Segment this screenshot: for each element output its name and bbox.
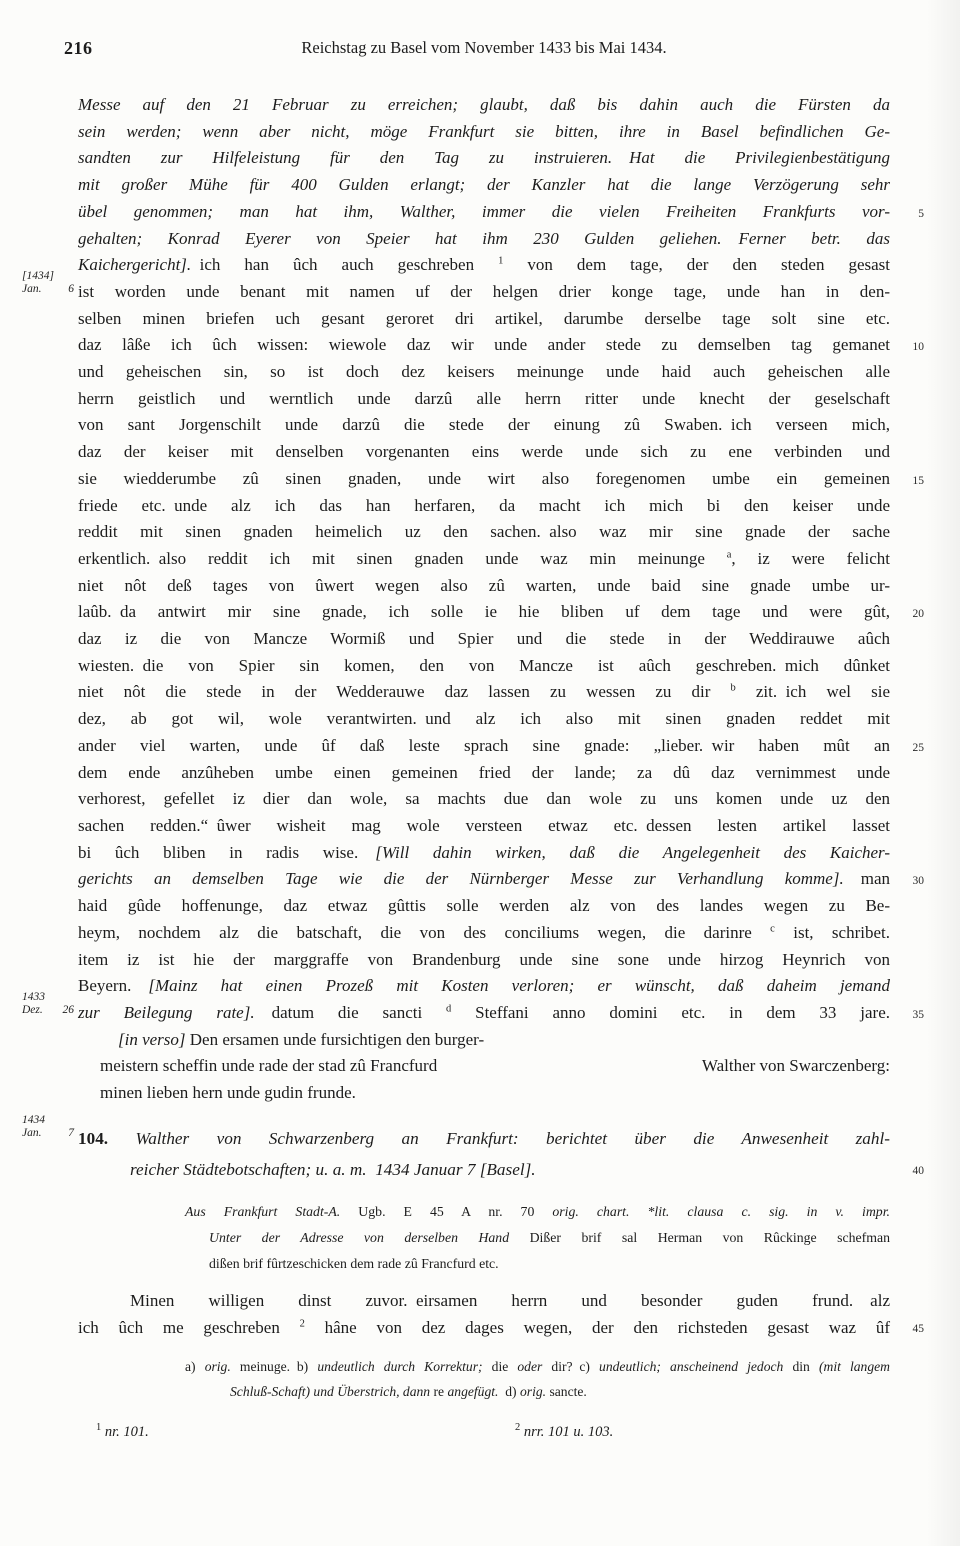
text-line: niet nôt deß tages von ûwert wegen also …	[78, 573, 890, 600]
text-line: reddit mit sinen gnaden heimelich uz den…	[78, 519, 890, 546]
text-line: verhorest, gefellet iz dier dan wole, sa…	[78, 786, 890, 813]
text-line: niet nôt die stede in der Wedderauwe daz…	[78, 679, 890, 706]
text-line: daz lâße ich ûch wissen: wiewole daz wir…	[78, 332, 890, 359]
text-segment: oder	[517, 1359, 542, 1374]
text-segment: herrn geistlich und werntlich unde darzû…	[78, 389, 890, 408]
page-header: 216 Reichstag zu Basel vom November 1433…	[78, 38, 890, 62]
text-segment: din	[783, 1359, 819, 1374]
text-segment: niet nôt deß tages von ûwert wegen also …	[78, 576, 890, 595]
text-segment: ich ûch me geschreben	[78, 1318, 300, 1337]
text-segment: re	[430, 1384, 447, 1399]
variant-note-line: a) orig. meinuge. b) undeutlich durch Ko…	[185, 1354, 890, 1379]
line-number: 45	[913, 1316, 925, 1343]
text-segment: undeutlich; anscheinend jedoch	[599, 1359, 783, 1374]
text-segment: nr. 101.	[105, 1424, 149, 1440]
text-line: gerichts an demselben Tage wie die der N…	[78, 866, 890, 893]
text-segment: daz iz die von Mancze Wormiß und Spier u…	[78, 629, 890, 648]
text-segment: ich han ûch auch geschreben	[200, 255, 498, 274]
text-line: herrn geistlich und werntlich unde darzû…	[78, 386, 890, 413]
text-segment: die	[483, 1359, 518, 1374]
variant-note-line: Schluß-Schaft) und Überstrich, dann re a…	[185, 1379, 890, 1404]
text-segment: Unter der Adresse von derselben Hand	[209, 1230, 530, 1245]
text-segment: Steffani anno domini etc. in dem 33 jare…	[451, 1003, 890, 1022]
text-segment: 104.	[78, 1129, 135, 1148]
line-number: 30	[913, 868, 925, 895]
text-segment: orig. chart. *lit. clausa c. sig. in v. …	[552, 1204, 890, 1219]
entry-104-heading: 1434Jan. 7104. Walther von Schwarzenberg…	[78, 1123, 890, 1185]
text-segment: Schluß-Schaft) und Überstrich, dann	[230, 1384, 430, 1399]
text-segment: wiesten. die von Spier sin komen, den vo…	[78, 656, 890, 675]
source-note-line: dißen brif fûrtzeschicken dem rade zû Fr…	[185, 1251, 890, 1277]
text-segment: von dem tage, der den steden gesast	[503, 255, 890, 274]
text-segment: meistern scheffin unde rade der stad zû …	[100, 1056, 437, 1075]
text-segment: d)	[498, 1384, 520, 1399]
source-note-line: Aus Frankfurt Stadt-A. Ugb. E 45 A nr. 7…	[185, 1199, 890, 1225]
line-number: 5	[918, 201, 924, 228]
footnote-block: 1 nr. 101.2 nrr. 101 u. 103.	[78, 1421, 890, 1451]
entry-104-source-note: Aus Frankfurt Stadt-A. Ugb. E 45 A nr. 7…	[185, 1199, 890, 1277]
text-segment: [in verso]	[118, 1030, 190, 1049]
text-line: erkentlich. also reddit ich mit sinen gn…	[78, 546, 890, 573]
text-line: und geheischen sin, so ist doch dez keis…	[78, 359, 890, 386]
line-number: 15	[913, 468, 925, 495]
text-segment: , iz were felicht	[731, 549, 890, 568]
text-segment: Walther von Schwarzenberg an Frankfurt: …	[135, 1129, 890, 1148]
text-segment: gehalten; Konrad Eyerer von Speier hat i…	[78, 229, 890, 248]
text-segment: a)	[185, 1359, 205, 1374]
text-segment: sandten zur Hilfeleistung für den Tag zu…	[78, 148, 890, 167]
text-segment: niet nôt die stede in der Wedderauwe daz…	[78, 682, 730, 701]
letter-address-block: [in verso] Den ersamen unde fursichtigen…	[78, 1027, 890, 1107]
margin-date-note: 1434Jan. 7	[22, 1114, 74, 1141]
entry-104-body: Minen willigen dinst zuvor. eirsamen her…	[78, 1287, 890, 1341]
text-segment: Dißer brif sal Herman von Rûckinge schef…	[530, 1230, 890, 1245]
text-segment: erkentlich. also reddit ich mit sinen gn…	[78, 549, 727, 568]
margin-date-note: [1434]Jan. 6	[22, 270, 74, 297]
text-line: ich ûch me geschreben 2 hâne von dez dag…	[78, 1314, 890, 1341]
line-number: 35	[913, 1002, 925, 1029]
text-segment: orig.	[520, 1384, 546, 1399]
text-segment: sein werden; wenn aber nicht, möge Frank…	[78, 122, 890, 141]
text-line: mit großer Mühe für 400 Gulden erlangt; …	[78, 172, 890, 199]
text-line: von sant Jorgenschilt unde darzû die ste…	[78, 412, 890, 439]
text-segment: [Will dahin wirken, daß die Angelegenhei…	[375, 843, 890, 862]
text-segment: [Mainz hat einen Prozeß mit Kosten verlo…	[148, 976, 890, 995]
text-segment: hâne von dez dages wegen, der den richst…	[305, 1318, 890, 1337]
heading-line: reicher Städtebotschaften; u. a. m. 1434…	[78, 1154, 890, 1185]
text-line: heym, nochdem alz die batschaft, die von…	[78, 920, 890, 947]
text-line: sein werden; wenn aber nicht, möge Frank…	[78, 119, 890, 146]
text-line: gehalten; Konrad Eyerer von Speier hat i…	[78, 226, 890, 253]
text-line: dem ende anzûheben umbe einen gemeinen f…	[78, 760, 890, 787]
text-line: dez, ab got wil, wole verantwirten. und …	[78, 706, 890, 733]
text-line: selben minen briefen uch gesant geroret …	[78, 306, 890, 333]
text-segment: (mit langem	[819, 1359, 890, 1374]
text-segment: dem ende anzûheben umbe einen gemeinen f…	[78, 763, 890, 782]
line-number: 10	[913, 334, 925, 361]
text-segment: Minen willigen dinst zuvor. eirsamen her…	[130, 1291, 890, 1310]
text-segment: laûb. da antwirt mir sine gnade, ich sol…	[78, 602, 890, 621]
text-segment: daz lâße ich ûch wissen: wiewole daz wir…	[78, 335, 890, 354]
text-segment: gerichts an demselben Tage wie die der N…	[78, 869, 844, 888]
text-line: sachen redden.“ ûwer wisheit mag wole ve…	[78, 813, 890, 840]
text-line: [1434]Jan. 6ist worden unde benant mit n…	[78, 279, 890, 306]
text-line: wiesten. die von Spier sin komen, den vo…	[78, 653, 890, 680]
text-line: bi ûch bliben in radis wise. [Will dahin…	[78, 840, 890, 867]
text-segment: ist worden unde benant mit namen uf der …	[78, 282, 890, 301]
footnote-line: 2 nrr. 101 u. 103.	[515, 1421, 613, 1443]
page-number: 216	[64, 38, 93, 59]
variant-notes: a) orig. meinuge. b) undeutlich durch Ko…	[185, 1354, 890, 1404]
text-segment: friede etc. unde alz ich das han herfare…	[78, 496, 890, 515]
text-segment: reddit mit sinen gnaden heimelich uz den…	[78, 522, 890, 541]
margin-date-note: 1433Dez. 26	[22, 991, 74, 1018]
text-line: sandten zur Hilfeleistung für den Tag zu…	[78, 145, 890, 172]
text-segment: ist, schribet.	[775, 923, 890, 942]
text-line: haid gûde hoffenunge, daz etwaz gûttis s…	[78, 893, 890, 920]
text-segment: sancte.	[546, 1384, 587, 1399]
text-segment: dir? c)	[542, 1359, 599, 1374]
text-segment: ander viel warten, unde ûf daß leste spr…	[78, 736, 890, 755]
text-segment: daz der keiser mit denselben vorgenanten…	[78, 442, 890, 461]
text-segment: dißen brif fûrtzeschicken dem rade zû Fr…	[209, 1256, 499, 1271]
text-line: item iz ist hie der marggraffe von Brand…	[78, 947, 890, 974]
text-segment: haid gûde hoffenunge, daz etwaz gûttis s…	[78, 896, 890, 915]
scanned-book-page: 216 Reichstag zu Basel vom November 1433…	[0, 0, 960, 1546]
heading-line: 1434Jan. 7104. Walther von Schwarzenberg…	[78, 1123, 890, 1154]
text-segment: minen lieben hern unde gudin frunde.	[100, 1083, 356, 1102]
text-segment: undeutlich durch Korrektur;	[317, 1359, 482, 1374]
letter-103-continuation: Messe auf den 21 Februar zu erreichen; g…	[78, 92, 890, 1027]
source-note-line: Unter der Adresse von derselben Hand Diß…	[185, 1225, 890, 1251]
text-line: Kaichergericht]. ich han ûch auch geschr…	[78, 252, 890, 279]
text-segment: angefügt.	[447, 1384, 498, 1399]
text-line: Messe auf den 21 Februar zu erreichen; g…	[78, 92, 890, 119]
text-segment: heym, nochdem alz die batschaft, die von…	[78, 923, 770, 942]
text-segment: nrr. 101 u. 103.	[524, 1424, 613, 1440]
footnote-line: 1 nr. 101.	[96, 1421, 149, 1443]
text-segment: dez, ab got wil, wole verantwirten. und …	[78, 709, 890, 728]
text-segment: übel genommen; man hat ihm, Walther, imm…	[78, 202, 890, 221]
text-segment: datum die sancti	[272, 1003, 446, 1022]
text-line: sie wiedderumbe zû sinen gnaden, unde wi…	[78, 466, 890, 493]
text-segment: zur Beilegung rate].	[78, 1003, 272, 1022]
text-segment: item iz ist hie der marggraffe von Brand…	[78, 950, 890, 969]
text-segment: Beyern.	[78, 976, 148, 995]
text-line: übel genommen; man hat ihm, Walther, imm…	[78, 199, 890, 226]
text-line: daz iz die von Mancze Wormiß und Spier u…	[78, 626, 890, 653]
text-block: Messe auf den 21 Februar zu erreichen; g…	[78, 92, 890, 1451]
text-segment: und geheischen sin, so ist doch dez keis…	[78, 362, 890, 381]
text-segment: Aus Frankfurt Stadt-A.	[185, 1204, 340, 1219]
text-segment: sachen redden.“ ûwer wisheit mag wole ve…	[78, 816, 890, 835]
text-line: 1433Dez. 26zur Beilegung rate]. datum di…	[78, 1000, 890, 1027]
text-segment: Ugb. E 45 A nr. 70	[340, 1204, 552, 1219]
text-segment: man	[844, 869, 890, 888]
running-title: Reichstag zu Basel vom November 1433 bis…	[78, 38, 890, 58]
text-segment: selben minen briefen uch gesant geroret …	[78, 309, 890, 328]
text-line: ander viel warten, unde ûf daß leste spr…	[78, 733, 890, 760]
text-line: daz der keiser mit denselben vorgenanten…	[78, 439, 890, 466]
text-segment: orig.	[205, 1359, 231, 1374]
line-number: 40	[913, 1156, 925, 1187]
text-line: friede etc. unde alz ich das han herfare…	[78, 493, 890, 520]
text-line: Minen willigen dinst zuvor. eirsamen her…	[78, 1287, 890, 1314]
text-segment: meinuge. b)	[231, 1359, 318, 1374]
text-segment: bi ûch bliben in radis wise.	[78, 843, 375, 862]
text-segment: Kaichergericht].	[78, 255, 200, 274]
line-number: 20	[913, 601, 925, 628]
text-segment: Den ersamen unde fursichtigen den burger…	[190, 1030, 484, 1049]
text-segment: mit großer Mühe für 400 Gulden erlangt; …	[78, 175, 890, 194]
address-line: minen lieben hern unde gudin frunde.	[78, 1080, 890, 1107]
text-line: Beyern. [Mainz hat einen Prozeß mit Kost…	[78, 973, 890, 1000]
text-segment: zit. ich wel sie	[736, 682, 890, 701]
line-number: 25	[913, 735, 925, 762]
text-segment: reicher Städtebotschaften; u. a. m. 1434…	[130, 1160, 536, 1179]
sender-signature: Walther von Swarczenberg:	[702, 1053, 890, 1080]
text-segment: sie wiedderumbe zû sinen gnaden, unde wi…	[78, 469, 890, 488]
text-segment: verhorest, gefellet iz dier dan wole, sa…	[78, 789, 890, 808]
address-line: meistern scheffin unde rade der stad zû …	[78, 1053, 890, 1080]
text-segment: von sant Jorgenschilt unde darzû die ste…	[78, 415, 890, 434]
text-line: laûb. da antwirt mir sine gnade, ich sol…	[78, 599, 890, 626]
address-line: [in verso] Den ersamen unde fursichtigen…	[78, 1027, 890, 1054]
text-segment: Messe auf den 21 Februar zu erreichen; g…	[78, 95, 890, 114]
